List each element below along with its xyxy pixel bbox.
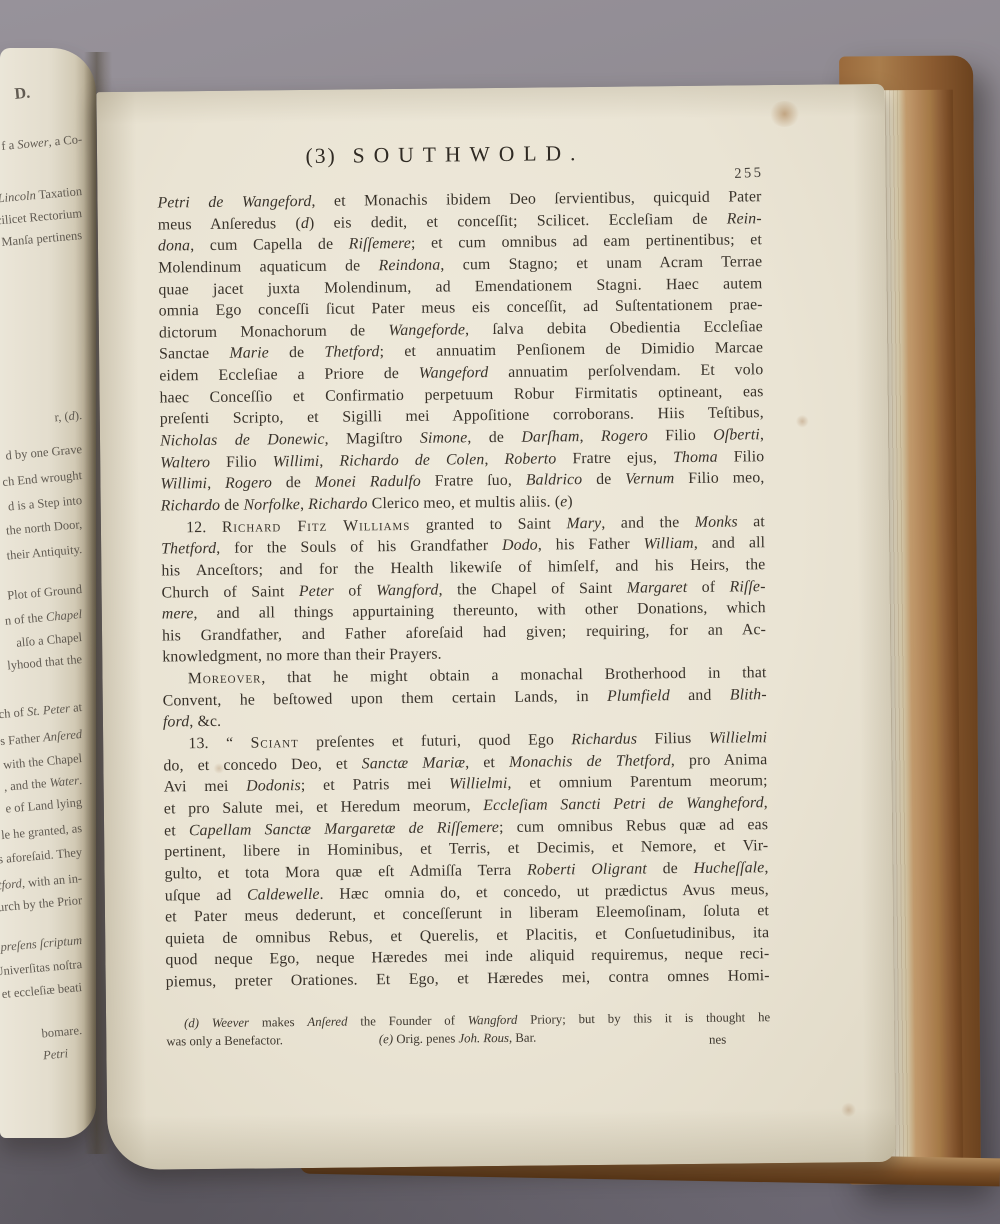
running-head: (3)SOUTHWOLD.: [143, 139, 747, 170]
text-segment: bomare.: [41, 1023, 83, 1040]
text-segment: Church of Saint: [162, 583, 299, 601]
text-segment: his Anceſtors; and for the Health likewi…: [161, 556, 765, 579]
text-line: f a Sower, a Co-: [0, 128, 83, 163]
text-segment: their Antiquity.: [6, 542, 83, 563]
text-segment: Peter: [299, 582, 334, 599]
text-segment: Lincoln: [0, 188, 36, 205]
text-segment: , for the Souls of his Grandfather: [216, 537, 502, 557]
text-segment: dictorum Monachorum de: [159, 322, 389, 341]
text-segment: , and all things appurtaining thereunto,…: [193, 599, 766, 622]
text-segment: Filio: [648, 427, 714, 445]
text-segment: Dodo: [502, 537, 538, 554]
text-segment: , et omnium Parentum meorum;: [507, 772, 767, 792]
text-segment: Anſered: [307, 1015, 347, 1029]
text-segment: Riſſe-: [730, 578, 766, 595]
text-segment: Thetford: [324, 344, 379, 362]
text-segment: ; et annuatim Penſionem de Dimidio Marca…: [379, 340, 763, 361]
text-segment: Plot of Ground: [7, 582, 83, 602]
footnotes: (d) Weever makes Anſered the Founder of …: [166, 1009, 770, 1050]
text-segment: , cum Stagno; et unam Acram Terrae: [440, 253, 762, 273]
text-segment: Caldewelle: [247, 885, 320, 903]
text-segment: Rein-: [727, 210, 762, 227]
text-segment: lyhood that the: [7, 652, 83, 672]
text-segment: Sciant: [251, 734, 299, 752]
text-segment: gulto, et tota Mora quæ eſt Admiſſa Terr…: [164, 862, 527, 883]
text-segment: Filio: [718, 448, 765, 465]
text-segment: Waltero: [160, 454, 210, 472]
text-segment: ,: [760, 426, 764, 443]
text-segment: Richardo de Colen: [339, 451, 484, 470]
text-segment: Reindona: [379, 256, 441, 274]
text-segment: Sower: [17, 135, 49, 152]
text-segment: Dodonis: [246, 777, 301, 795]
text-segment: , ſalva debita Obedientia Eccleſiae: [465, 318, 763, 338]
text-segment: Filio meo,: [674, 470, 764, 488]
text-segment: de: [269, 344, 325, 362]
text-segment: preſentes et futuri, quod Ego: [299, 731, 572, 751]
text-segment: Wangeford: [419, 364, 489, 382]
text-segment: Monachis de Thetford: [509, 752, 671, 771]
text-segment: ; cum omnibus Rebus quæ ad eas: [499, 816, 768, 836]
text-segment: Joh. Rous: [458, 1030, 509, 1045]
text-segment: urch by the Prior: [0, 893, 83, 914]
text-segment: Anſered: [42, 727, 82, 744]
text-segment: Willielmi: [709, 729, 768, 747]
text-segment: , Magiſtro: [324, 430, 420, 448]
text-segment: Plumfield: [607, 687, 670, 705]
text-line: D.: [0, 78, 83, 113]
body-text: Petri de Wangeford, et Monachis ibidem D…: [157, 186, 769, 993]
text-segment: , &c.: [189, 713, 221, 730]
foxing-spot: [769, 101, 801, 127]
text-segment: Richard Fitz Williams: [222, 517, 411, 536]
text-segment: do, et concedo Deo, et: [163, 755, 361, 774]
text-segment: Filius: [637, 730, 709, 748]
text-segment: at: [738, 513, 765, 530]
text-segment: meus Anſeredus (: [158, 215, 301, 233]
text-segment: dona: [158, 237, 190, 254]
text-segment: Margaret: [627, 579, 688, 597]
text-segment: Thoma: [673, 448, 718, 465]
text-segment: et: [164, 822, 189, 839]
text-segment: the Founder of: [347, 1013, 467, 1028]
text-segment: Fratre ſuo,: [421, 472, 526, 490]
text-segment: Wangford: [376, 581, 439, 599]
text-segment: , et: [465, 754, 509, 771]
text-segment: s aforeſaid. They: [0, 845, 83, 866]
text-segment: Capellam Sanctæ Margaretæ de Riſſemere: [189, 819, 499, 839]
text-segment: ): [567, 493, 573, 510]
text-segment: le he granted, as: [0, 821, 82, 842]
text-segment: , and the: [601, 514, 695, 532]
text-segment: Richardo: [161, 497, 221, 515]
page-number: 255: [734, 165, 764, 183]
text-segment: Univerſitas noſtra: [0, 957, 83, 979]
text-segment: Chapel: [45, 607, 82, 624]
text-segment: de: [272, 474, 315, 491]
text-segment: annuatim perſolvendam. Et volo: [488, 361, 763, 381]
text-segment: eidem Eccleſiae a Priore de: [159, 365, 419, 385]
text-segment: Norfolke: [243, 496, 300, 514]
text-segment: , et Monachis ibidem Deo ſervientibus, q…: [311, 188, 761, 210]
text-segment: (d) Weever: [184, 1016, 249, 1031]
text-segment: Rogero: [225, 475, 272, 492]
signature-mark: (3): [305, 144, 336, 168]
text-segment: , et eccleſiæ beati: [0, 980, 83, 1002]
text-segment: Sanctae: [159, 345, 230, 363]
text-segment: , a Co-: [48, 132, 83, 149]
text-segment: d is a Step into: [7, 493, 82, 513]
text-segment: Wangeforde: [388, 321, 465, 339]
text-segment: .: [78, 773, 82, 787]
text-segment: f a: [1, 138, 18, 153]
text-segment: ,: [319, 452, 339, 469]
text-segment: Blith-: [730, 686, 767, 703]
text-segment: and: [670, 686, 730, 704]
text-segment: Simone: [420, 429, 468, 446]
text-segment: , and all: [694, 534, 766, 552]
text-segment: ).: [74, 408, 82, 423]
text-segment: Water: [49, 773, 80, 790]
text-segment: , pro Anima: [671, 751, 768, 769]
text-segment: Monks: [695, 513, 738, 530]
text-line: r, (d).: [0, 404, 83, 439]
text-segment: Eccleſiam Sancti Petri de Wangheford: [483, 794, 764, 814]
text-line: urch by the Prior: [0, 889, 83, 924]
text-segment: ) eis dedit, et conceſſit; Scilicet. Ecc…: [309, 210, 727, 231]
facing-page-text-fragments: D.f a Sower, a Co-e Lincoln Taxation(ſci…: [0, 78, 82, 1063]
text-segment: et pro Salute mei, et Heredum meorum,: [164, 797, 484, 817]
foxing-spot: [841, 1102, 856, 1117]
text-segment: Monei Radulfo: [315, 473, 421, 491]
text-segment: , the Chapel of Saint: [438, 579, 626, 598]
text-segment: ch End wrought: [2, 468, 83, 489]
text-segment: 13. “: [188, 735, 250, 753]
catchword: nes: [709, 1032, 727, 1048]
text-segment: Priory; but by this it is thought he: [517, 1010, 770, 1027]
text-segment: ; et Patris mei: [301, 776, 449, 795]
text-segment: ,: [764, 859, 768, 876]
text-segment: the north Door,: [5, 517, 82, 538]
text-segment: Darſham: [521, 428, 579, 446]
text-segment: his Grandfather, and Father aforeſaid ha…: [162, 621, 766, 644]
text-segment: Oſberti: [713, 426, 760, 443]
text-segment: , that he might obtain a monachal Brothe…: [261, 664, 766, 686]
text-segment: ,: [484, 451, 504, 468]
text-segment: ,: [300, 496, 308, 513]
text-segment: , Bar.: [509, 1030, 537, 1044]
text-segment: Vernum: [625, 470, 674, 488]
text-segment: uſque ad: [165, 886, 247, 904]
text-line: , et eccleſiæ beati: [0, 976, 83, 1011]
text-segment: with the Chapel: [3, 751, 83, 772]
text-segment: of: [687, 578, 729, 595]
text-segment: d by one Grave: [5, 442, 83, 463]
text-segment: Manſa pertinens: [1, 228, 83, 249]
text-segment: granted to Saint: [410, 515, 566, 534]
text-segment: Roberti Oligrant: [527, 860, 647, 878]
text-segment: at: [69, 700, 82, 715]
text-segment: Willimi: [160, 475, 207, 492]
text-segment: Nicholas de Donewic: [160, 431, 325, 450]
text-segment: ; et cum omnibus ad eam pertinentibus; e…: [411, 231, 762, 252]
text-line: Manſa pertinens: [0, 224, 83, 259]
text-segment: Willielmi: [449, 775, 508, 793]
text-line: lyhood that the: [0, 648, 83, 683]
text-segment: knowledgment, no more than their Prayers…: [162, 646, 442, 666]
text-segment: e of Land lying: [5, 795, 83, 816]
text-segment: Molendinum aquaticum de: [158, 257, 379, 276]
text-segment: , and the: [3, 776, 50, 794]
text-segment: etford: [0, 876, 22, 893]
text-segment: Baldrico: [526, 471, 583, 489]
text-segment: Petri de Wangeford: [157, 193, 311, 212]
text-segment: ,: [764, 794, 768, 811]
text-segment: alſo a Chapel: [16, 630, 83, 650]
page-title: SOUTHWOLD.: [353, 141, 585, 167]
text-segment: 12.: [186, 518, 222, 535]
text-segment: was only a Benefactor.: [166, 1033, 283, 1048]
text-segment: de: [647, 860, 694, 877]
foxing-spot: [796, 415, 809, 428]
text-segment: (e): [379, 1032, 393, 1046]
text-segment: Thetford: [161, 540, 216, 558]
text-segment: Clerico meo, et multis aliis. (: [368, 493, 561, 512]
text-segment: ch of: [0, 705, 28, 721]
text-segment: Willimi: [273, 453, 320, 470]
text-segment: Riſſemere: [349, 235, 411, 253]
text-segment: , de: [467, 429, 521, 447]
text-segment: n of the: [4, 610, 46, 628]
text-segment: Orig. penes: [393, 1031, 459, 1046]
text-segment: de: [220, 497, 244, 514]
text-segment: , cum Capella de: [190, 236, 349, 255]
text-segment: preſens ſcriptum: [0, 933, 83, 954]
text-segment: Rogero: [601, 427, 648, 444]
book-page: (3)SOUTHWOLD. 255 Petri de Wangeford, et…: [96, 84, 895, 1170]
text-segment: de: [582, 471, 625, 488]
text-segment: Filio: [210, 453, 273, 471]
text-segment: Avi mei: [164, 778, 247, 796]
text-line: their Antiquity.: [0, 538, 83, 573]
text-segment: s Father: [0, 730, 44, 748]
text-segment: of: [334, 582, 376, 599]
text-segment: Richardus: [571, 731, 637, 749]
text-segment: Petri: [43, 1046, 69, 1062]
text-segment: Hucheſſale: [694, 859, 765, 877]
text-segment: Sanctæ Mariæ: [362, 754, 466, 772]
text-segment: Mary: [566, 515, 601, 532]
text-segment: ,: [579, 428, 601, 445]
text-segment: William: [644, 535, 694, 553]
text-segment: Roberto: [504, 450, 556, 468]
text-segment: Marie: [229, 345, 269, 362]
text-segment: , with an in-: [21, 871, 82, 890]
text-segment: . Hæc omnia do, et concedo, ut prædictus…: [320, 881, 769, 903]
text-segment: makes: [249, 1015, 308, 1030]
text-segment: Moreover: [188, 670, 262, 688]
text-segment: ,: [207, 475, 225, 492]
text-segment: mere: [162, 605, 194, 622]
text-segment: Wangford: [468, 1013, 518, 1028]
text-segment: Fratre ejus,: [556, 449, 673, 467]
text-segment: Convent, he beſtowed upon them certain L…: [163, 688, 607, 710]
text-segment: ford: [163, 714, 190, 731]
text-segment: Richardo: [308, 495, 368, 513]
text-segment: piemus, preter Orationes. Et Ego, et Hær…: [166, 967, 770, 990]
text-segment: D.: [14, 85, 31, 103]
text-segment: , his Father: [538, 536, 644, 554]
text-segment: Taxation: [35, 184, 83, 202]
text-segment: St. Peter: [26, 701, 70, 719]
